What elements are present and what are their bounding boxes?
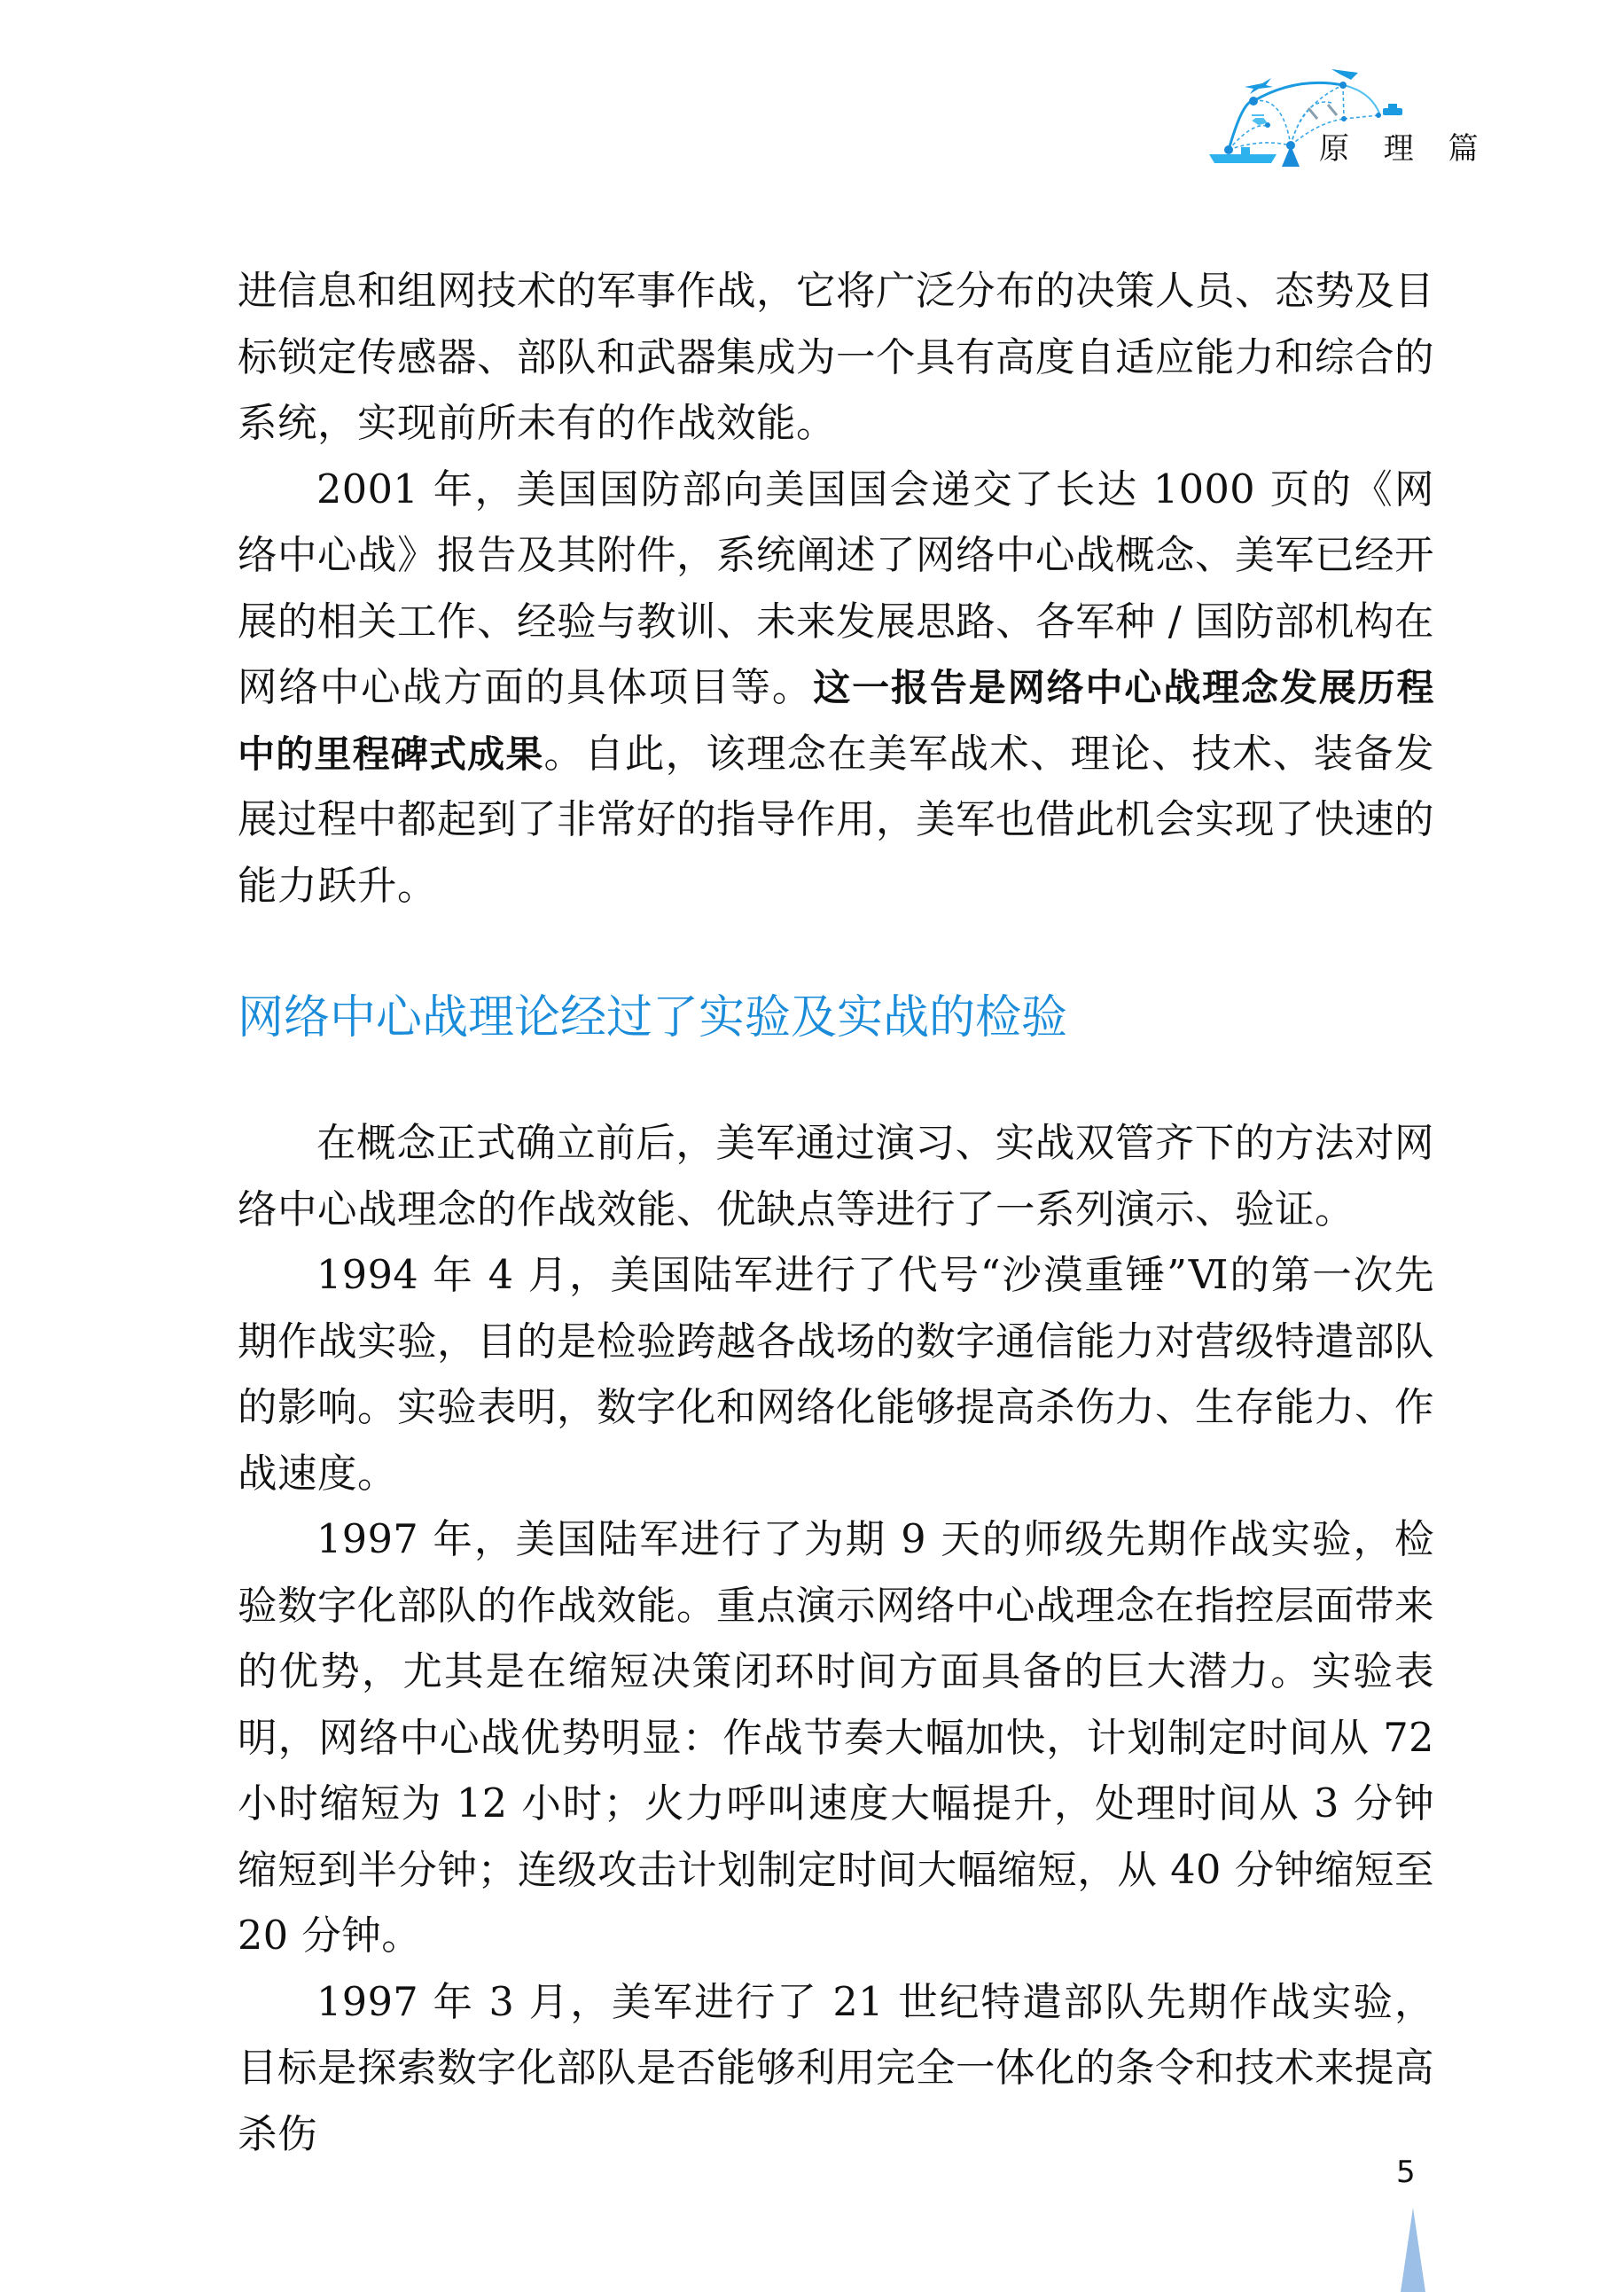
paragraph: 进信息和组网技术的军事作战，它将广泛分布的决策人员、态势及目标锁定传感器、部队和… [238, 259, 1434, 458]
paragraph: 1994 年 4 月，美国陆军进行了代号“沙漠重锤”Ⅵ的第一次先期作战实验，目的… [238, 1243, 1434, 1507]
paragraph: 在概念正式确立前后，美军通过演习、实战双管齐下的方法对网络中心战理念的作战效能、… [238, 1111, 1434, 1243]
page-body: 进信息和组网技术的军事作战，它将广泛分布的决策人员、态势及目标锁定传感器、部队和… [238, 259, 1434, 2168]
section-label: 原 理 篇 [1319, 131, 1491, 167]
page-marker-triangle-icon [1401, 2208, 1425, 2292]
paragraph: 2001 年，美国国防部向美国国会递交了长达 1000 页的《网络中心战》报告及… [238, 458, 1434, 920]
page-number: 5 [1396, 2155, 1416, 2190]
paragraph: 1997 年 3 月，美军进行了 21 世纪特遣部队先期作战实验，目标是探索数字… [238, 1970, 1434, 2169]
paragraph: 1997 年，美国陆军进行了为期 9 天的师级先期作战实验，检验数字化部队的作战… [238, 1507, 1434, 1970]
section-heading: 网络中心战理论经过了实验及实战的检验 [238, 987, 1434, 1049]
